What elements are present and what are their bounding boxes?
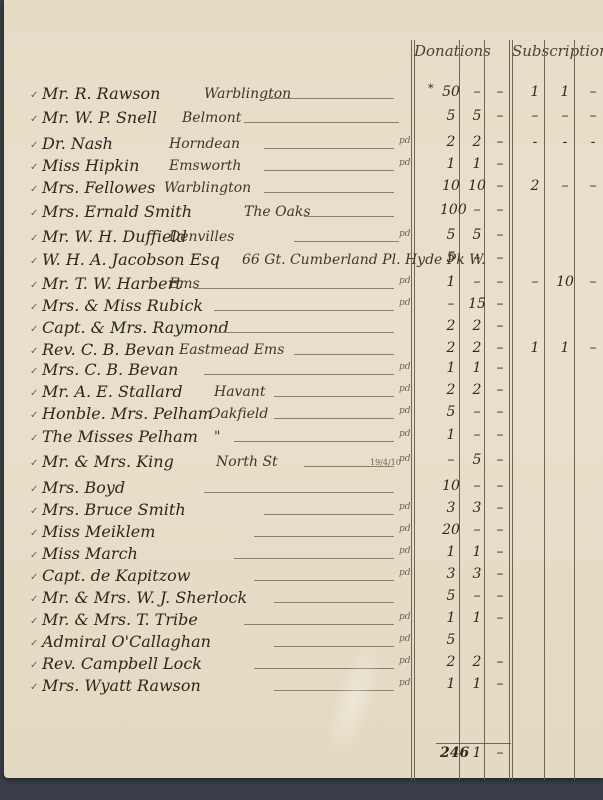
donation-amount: – (466, 202, 488, 218)
donation-amount: – (440, 452, 462, 468)
donation-amount: 2 (466, 382, 488, 398)
donation-amount: – (489, 360, 511, 376)
donor-name: Rev. C. B. Bevan (42, 340, 175, 359)
ledger-row: ✓Mr. & Mrs. T. Tribepd11– (4, 610, 603, 632)
check-mark-icon: ✓ (30, 388, 38, 399)
donation-amount: 1 (440, 156, 462, 172)
donor-place: Belmont (182, 110, 241, 126)
subscriptions-header: Subscriptions (512, 42, 603, 60)
donation-amount: 2 (440, 340, 462, 356)
check-mark-icon: ✓ (30, 208, 38, 219)
donation-amount: – (489, 84, 511, 100)
donation-amount: 3 (466, 566, 488, 582)
donation-amount: 2 (466, 134, 488, 150)
ledger-row: ✓Mr. & Mrs. W. J. Sherlock5–– (4, 588, 603, 610)
subscription-amount: 1 (524, 340, 546, 356)
subscription-amount: – (582, 108, 603, 124)
ledger-row: ✓Mr. R. RawsonWarblington*50––11– (4, 84, 603, 106)
leader-line (204, 492, 394, 493)
donor-name: Miss March (42, 544, 138, 563)
check-mark-icon: ✓ (30, 682, 38, 693)
subscription-amount: 2 (524, 178, 546, 194)
donation-amount: – (489, 156, 511, 172)
leader-line (274, 396, 394, 397)
donor-name: Mr. A. E. Stallard (42, 382, 183, 401)
donor-name: Dr. Nash (42, 134, 113, 153)
ledger-row: ✓Mrs. Boyd10–– (4, 478, 603, 500)
paid-mark: pd (399, 406, 411, 416)
donation-amount: – (489, 404, 511, 420)
leader-line (264, 98, 394, 99)
donation-amount: 5 (440, 108, 462, 124)
donation-amount: – (489, 340, 511, 356)
subscription-amount: - (524, 134, 546, 150)
donation-amount: – (489, 296, 511, 312)
donation-amount: 20 (440, 522, 462, 538)
donor-place: Havant (214, 384, 265, 400)
donation-amount: – (489, 610, 511, 626)
donation-amount: – (489, 544, 511, 560)
paid-mark: pd (399, 298, 411, 308)
donor-place: The Oaks (244, 204, 311, 220)
donor-name: Admiral O'Callaghan (42, 632, 211, 651)
donor-name: Mr. W. H. Duffield (42, 227, 187, 246)
donation-amount: 100 (440, 202, 462, 218)
donation-amount: – (440, 296, 462, 312)
donor-name: Mrs. Boyd (42, 478, 125, 497)
donor-name: Mr. & Mrs. T. Tribe (42, 610, 198, 629)
leader-line (234, 441, 394, 442)
donor-name: Capt. de Kapitzow (42, 566, 190, 585)
subscription-amount: – (524, 274, 546, 290)
donation-amount: 2 (440, 654, 462, 670)
donation-amount: 2 (466, 340, 488, 356)
check-mark-icon: ✓ (30, 302, 38, 313)
leader-line (204, 374, 394, 375)
donation-amount: 5 (440, 227, 462, 243)
leader-line (254, 580, 394, 581)
donor-name: Mrs. Fellowes (42, 178, 155, 197)
ledger-row: ✓Mr. T. W. HarbertEmspd1–––10– (4, 274, 603, 296)
ledger-row: ✓Rev. C. B. BevanEastmead Ems22–11– (4, 340, 603, 362)
leader-line (254, 536, 394, 537)
paid-mark: pd (399, 656, 411, 666)
donation-amount: – (489, 134, 511, 150)
donation-amount: – (489, 478, 511, 494)
donor-place: North St (216, 454, 278, 470)
check-mark-icon: ✓ (30, 324, 38, 335)
ledger-page: Donations Subscriptions ✓Mr. R. RawsonWa… (4, 0, 603, 778)
check-mark-icon: ✓ (30, 346, 38, 357)
donation-amount: 5 (466, 452, 488, 468)
ledger-row: ✓Rev. Campbell Lockpd22– (4, 654, 603, 676)
donation-amount: 5 (440, 588, 462, 604)
check-mark-icon: ✓ (30, 280, 38, 291)
donor-name: Mr. T. W. Harbert (42, 274, 182, 293)
subscription-amount: 1 (554, 84, 576, 100)
donor-name: Mr. W. P. Snell (42, 108, 157, 127)
donor-name: Capt. & Mrs. Raymond (42, 318, 229, 337)
donation-amount: 5 (440, 404, 462, 420)
leader-line (264, 170, 394, 171)
donation-amount: – (489, 274, 511, 290)
paid-mark: pd (399, 229, 411, 239)
check-mark-icon: ✓ (30, 528, 38, 539)
subscription-amount: – (582, 178, 603, 194)
paid-mark: pd (399, 276, 411, 286)
ledger-row: ✓Mr. & Mrs. KingNorth Stpd19/4/10–5– (4, 452, 603, 474)
donation-amount: 2 (440, 318, 462, 334)
ledger-row: ✓Miss Meiklempd20–– (4, 522, 603, 544)
total-shillings: 1 (466, 745, 488, 761)
ledger-row: ✓Mrs. Bruce Smithpd33– (4, 500, 603, 522)
leader-line (214, 332, 394, 333)
donation-amount: 5 (440, 632, 462, 648)
donor-name: Miss Meiklem (42, 522, 155, 541)
paid-mark: pd (399, 634, 411, 644)
donation-amount: – (489, 202, 511, 218)
total-pounds: 246 (440, 745, 462, 761)
check-mark-icon: ✓ (30, 458, 38, 469)
donation-amount: – (489, 566, 511, 582)
ledger-row: ✓Mrs. FellowesWarblington1010–2–– (4, 178, 603, 200)
donation-amount: 10 (466, 178, 488, 194)
donation-amount: 3 (440, 500, 462, 516)
donation-amount: 15 (466, 296, 488, 312)
donation-amount: – (489, 452, 511, 468)
donor-name: W. H. A. Jacobson Esq (42, 250, 220, 269)
donation-amount: 5 (440, 250, 462, 266)
check-mark-icon: ✓ (30, 594, 38, 605)
donor-place: Oakfield (209, 406, 268, 422)
donation-amount: 1 (440, 676, 462, 692)
donation-amount: 2 (466, 318, 488, 334)
leader-line (214, 310, 394, 311)
donation-amount: 1 (466, 156, 488, 172)
donation-amount: – (466, 404, 488, 420)
subscription-amount: – (554, 108, 576, 124)
donation-amount: – (466, 427, 488, 443)
donation-amount: – (466, 478, 488, 494)
total-pence: – (489, 745, 511, 761)
donor-place: Warblington (164, 180, 251, 196)
subscription-amount: – (524, 108, 546, 124)
paid-mark: pd (399, 136, 411, 146)
subscription-amount: 10 (554, 274, 576, 290)
leader-line (244, 122, 399, 123)
donor-name: Mrs. C. B. Bevan (42, 360, 178, 379)
leader-line (194, 288, 394, 289)
leader-line (294, 354, 394, 355)
date-note: 19/4/10 (370, 458, 401, 467)
asterisk-mark: * (428, 82, 434, 95)
donation-amount: 5 (466, 227, 488, 243)
donor-place: Warblington (204, 86, 291, 102)
donor-place: " (214, 429, 220, 445)
donation-amount: – (466, 274, 488, 290)
donor-name: Mr. & Mrs. King (42, 452, 174, 471)
donation-amount: 1 (440, 274, 462, 290)
donation-amount: 5 (466, 108, 488, 124)
paid-mark: pd (399, 678, 411, 688)
ledger-row: ✓W. H. A. Jacobson Esq66 Gt. Cumberland … (4, 250, 603, 272)
paid-mark: pd (399, 429, 411, 439)
ledger-row: ✓Mrs. Wyatt Rawsonpd11– (4, 676, 603, 698)
ledger-row: ✓Capt. de Kapitzowpd33– (4, 566, 603, 588)
donor-place: Eastmead Ems (179, 342, 284, 358)
check-mark-icon: ✓ (30, 484, 38, 495)
donation-amount: – (466, 84, 488, 100)
donation-amount: 2 (440, 382, 462, 398)
ledger-row: ✓Mrs. C. B. Bevanpd11– (4, 360, 603, 382)
ledger-row: ✓Mrs. & Miss Rubickpd–15– (4, 296, 603, 318)
leader-line (264, 514, 394, 515)
check-mark-icon: ✓ (30, 114, 38, 125)
donation-amount: 1 (440, 427, 462, 443)
check-mark-icon: ✓ (30, 660, 38, 671)
donation-amount: 1 (440, 610, 462, 626)
donation-amount: – (466, 250, 488, 266)
subscription-amount: - (554, 134, 576, 150)
total-row: 246 1 – (4, 745, 603, 767)
donor-name: Mrs. & Miss Rubick (42, 296, 203, 315)
donation-amount: 2 (440, 134, 462, 150)
donation-amount: – (489, 178, 511, 194)
donation-amount: 3 (440, 566, 462, 582)
check-mark-icon: ✓ (30, 140, 38, 151)
ledger-row: ✓Capt. & Mrs. Raymond22– (4, 318, 603, 340)
ledger-row: ✓The Misses Pelham"pd1–– (4, 427, 603, 449)
check-mark-icon: ✓ (30, 506, 38, 517)
paid-mark: pd (399, 612, 411, 622)
subscription-amount: 1 (524, 84, 546, 100)
subscription-amount: 1 (554, 340, 576, 356)
leader-line (234, 558, 394, 559)
ledger-row: ✓Mr. W. P. SnellBelmont55–––– (4, 108, 603, 130)
donation-amount: – (489, 654, 511, 670)
check-mark-icon: ✓ (30, 572, 38, 583)
leader-line (264, 148, 394, 149)
donation-amount: – (489, 227, 511, 243)
donor-place: Emsworth (169, 158, 241, 174)
paid-mark: pd (399, 362, 411, 372)
donor-name: Mrs. Wyatt Rawson (42, 676, 201, 695)
donation-amount: 10 (440, 178, 462, 194)
subscription-amount: - (582, 134, 603, 150)
check-mark-icon: ✓ (30, 616, 38, 627)
donor-name: Mrs. Ernald Smith (42, 202, 192, 221)
donation-amount: 10 (440, 478, 462, 494)
check-mark-icon: ✓ (30, 256, 38, 267)
donation-amount: – (489, 588, 511, 604)
subscription-amount: – (554, 178, 576, 194)
check-mark-icon: ✓ (30, 162, 38, 173)
leader-line (304, 216, 394, 217)
leader-line (294, 241, 399, 242)
donor-name: Mrs. Bruce Smith (42, 500, 186, 519)
donation-amount: 1 (466, 360, 488, 376)
ledger-row: ✓Mr. W. H. DuffieldDenvillespd55– (4, 227, 603, 249)
leader-line (274, 602, 394, 603)
donor-name: Mr. R. Rawson (42, 84, 160, 103)
donor-name: Rev. Campbell Lock (42, 654, 202, 673)
donor-place: Denvilles (169, 229, 234, 245)
donation-amount: – (489, 500, 511, 516)
donation-amount: – (466, 522, 488, 538)
total-rule (436, 743, 511, 744)
donation-amount: 1 (466, 610, 488, 626)
donation-amount: – (489, 250, 511, 266)
subscription-amount: – (582, 84, 603, 100)
ledger-row: ✓Miss Marchpd11– (4, 544, 603, 566)
donation-amount: 3 (466, 500, 488, 516)
check-mark-icon: ✓ (30, 90, 38, 101)
check-mark-icon: ✓ (30, 233, 38, 244)
paid-mark: pd (399, 568, 411, 578)
paid-mark: pd (399, 158, 411, 168)
ledger-row: ✓Mrs. Ernald SmithThe Oaks100–– (4, 202, 603, 224)
check-mark-icon: ✓ (30, 638, 38, 649)
paid-mark: pd (399, 546, 411, 556)
donation-amount: 1 (440, 360, 462, 376)
donations-header: Donations (414, 42, 491, 60)
subscription-amount: – (582, 340, 603, 356)
donor-name: Mr. & Mrs. W. J. Sherlock (42, 588, 247, 607)
donor-place: Ems (169, 276, 200, 292)
donation-amount: – (489, 676, 511, 692)
donation-amount: 50 (440, 84, 462, 100)
donation-amount: – (466, 588, 488, 604)
donation-amount: 2 (466, 654, 488, 670)
donation-amount: 1 (466, 676, 488, 692)
donor-place: Horndean (169, 136, 240, 152)
subscription-amount: – (582, 274, 603, 290)
check-mark-icon: ✓ (30, 366, 38, 377)
leader-line (264, 192, 394, 193)
paid-mark: pd (399, 384, 411, 394)
donation-amount: – (489, 382, 511, 398)
ledger-row: ✓Mr. A. E. StallardHavantpd22– (4, 382, 603, 404)
donation-amount: – (489, 318, 511, 334)
ledger-row: ✓Admiral O'Callaghanpd5 (4, 632, 603, 654)
donation-amount: – (489, 108, 511, 124)
donor-name: Miss Hipkin (42, 156, 139, 175)
donation-amount: – (489, 427, 511, 443)
ledger-row: ✓Dr. NashHorndeanpd22–--- (4, 134, 603, 156)
check-mark-icon: ✓ (30, 184, 38, 195)
donor-name: The Misses Pelham (42, 427, 198, 446)
check-mark-icon: ✓ (30, 410, 38, 421)
donation-amount: 1 (440, 544, 462, 560)
donation-amount: 1 (466, 544, 488, 560)
donor-name: Honble. Mrs. Pelham (42, 404, 213, 423)
paid-mark: pd (399, 502, 411, 512)
check-mark-icon: ✓ (30, 550, 38, 561)
donation-amount: – (489, 522, 511, 538)
ledger-row: ✓Honble. Mrs. PelhamOakfieldpd5–– (4, 404, 603, 426)
leader-line (244, 624, 394, 625)
paid-mark: pd (399, 524, 411, 534)
ledger-row: ✓Miss HipkinEmsworthpd11– (4, 156, 603, 178)
check-mark-icon: ✓ (30, 433, 38, 444)
leader-line (274, 418, 394, 419)
